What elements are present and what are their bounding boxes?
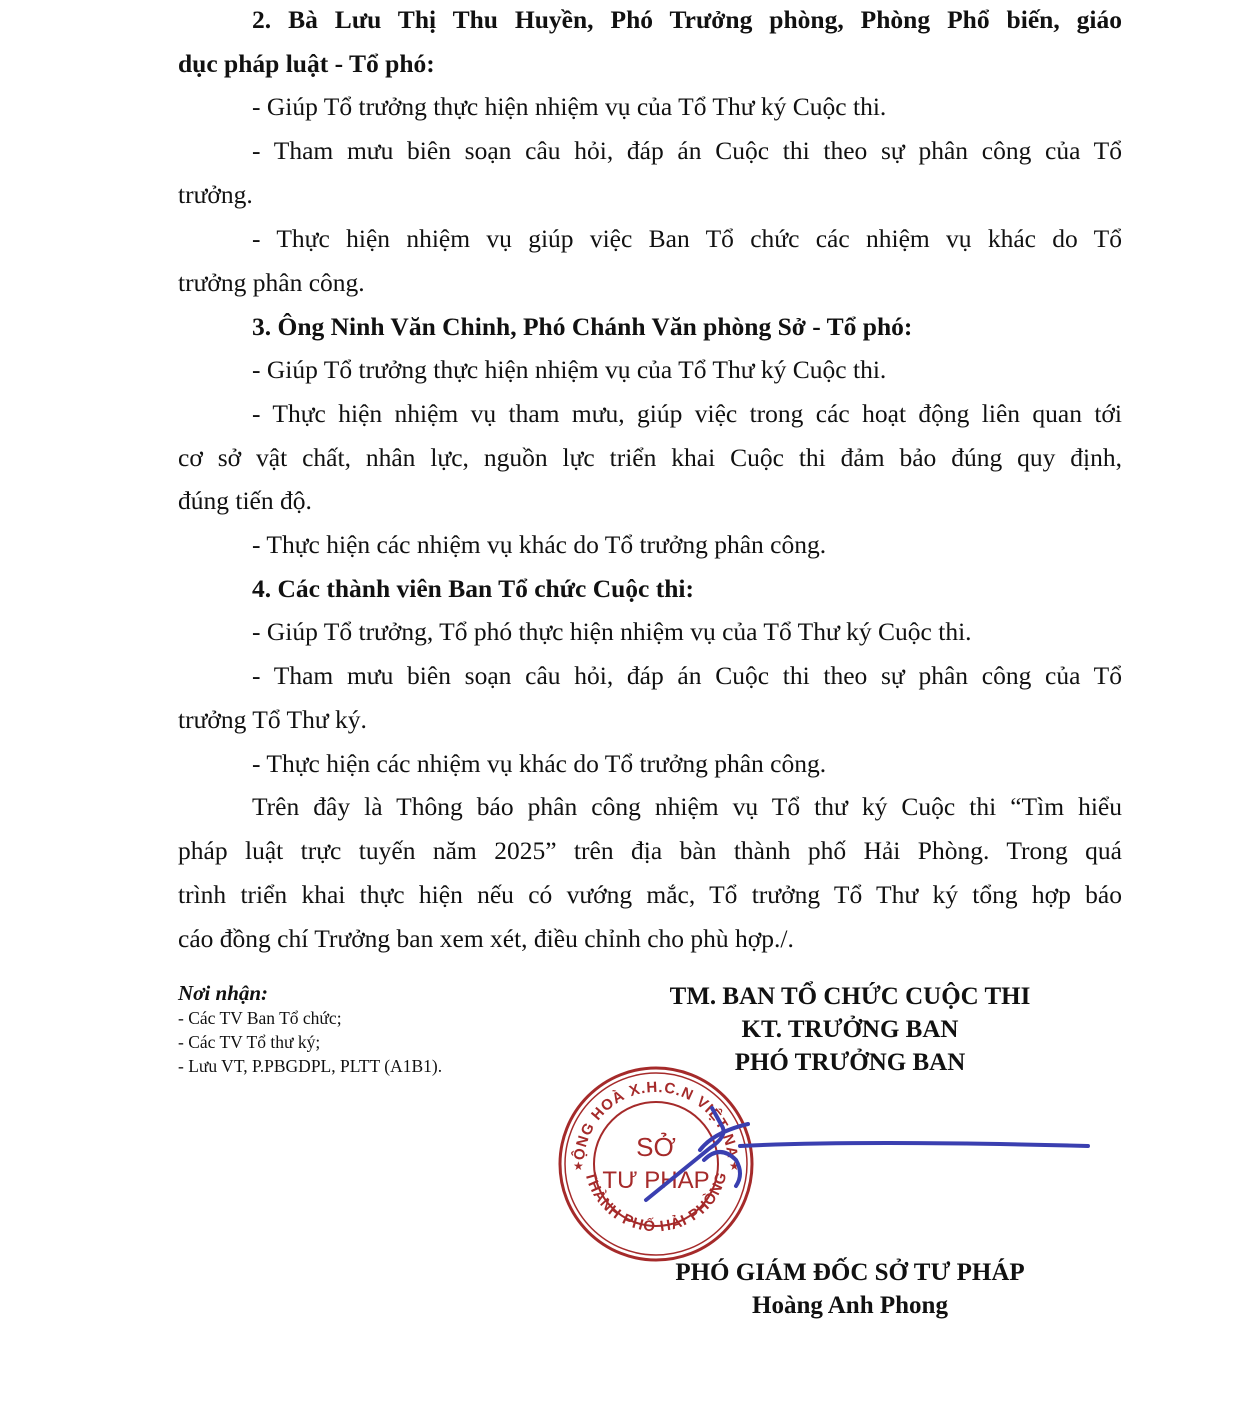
signatory-name: Hoàng Anh Phong [600,1289,1100,1322]
document-line: pháp luật trực tuyến năm 2025” trên địa … [178,836,1122,866]
document-line: - Thực hiện nhiệm vụ giúp việc Ban Tổ ch… [252,224,1122,254]
document-line: trưởng phân công. [178,268,1122,298]
document-line: trưởng Tổ Thư ký. [178,705,1122,735]
recipients-block: Nơi nhận: - Các TV Ban Tổ chức; - Các TV… [178,980,442,1078]
document-line: - Giúp Tổ trưởng thực hiện nhiệm vụ của … [252,92,1122,122]
document-line: - Thực hiện các nhiệm vụ khác do Tổ trưở… [252,749,1122,779]
document-line: - Thực hiện các nhiệm vụ khác do Tổ trưở… [252,530,1122,560]
document-line: 2. Bà Lưu Thị Thu Huyền, Phó Trưởng phòn… [252,5,1122,35]
document-line: cơ sở vật chất, nhân lực, nguồn lực triể… [178,443,1122,473]
recipient-item: - Lưu VT, P.PBGDPL, PLTT (A1B1). [178,1054,442,1078]
signatory-position: PHÓ GIÁM ĐỐC SỞ TƯ PHÁP [600,1256,1100,1289]
svg-text:★: ★ [573,1159,584,1173]
document-line: cáo đồng chí Trưởng ban xem xét, điều ch… [178,924,1122,954]
document-line: đúng tiến độ. [178,486,1122,516]
document-line: dục pháp luật - Tổ phó: [178,49,1122,79]
document-line: 3. Ông Ninh Văn Chinh, Phó Chánh Văn phò… [252,312,1122,342]
document-line: - Tham mưu biên soạn câu hỏi, đáp án Cuộ… [252,661,1122,691]
document-line: - Giúp Tổ trưởng thực hiện nhiệm vụ của … [252,355,1122,385]
document-line: - Tham mưu biên soạn câu hỏi, đáp án Cuộ… [252,136,1122,166]
document-line: trình triển khai thực hiện nếu có vướng … [178,880,1122,910]
recipient-item: - Các TV Tổ thư ký; [178,1030,442,1054]
recipient-item: - Các TV Ban Tổ chức; [178,1006,442,1030]
signature-header-line: KT. TRƯỞNG BAN [600,1013,1100,1046]
document-line: 4. Các thành viên Ban Tổ chức Cuộc thi: [252,574,1122,604]
recipients-title: Nơi nhận: [178,980,442,1006]
document-line: trưởng. [178,180,1122,210]
document-line: Trên đây là Thông báo phân công nhiệm vụ… [252,792,1122,822]
handwritten-signature-icon [640,1100,1100,1210]
document-line: - Giúp Tổ trưởng, Tổ phó thực hiện nhiệm… [252,617,1122,647]
signature-header-line: TM. BAN TỔ CHỨC CUỘC THI [600,980,1100,1013]
signatory-block: PHÓ GIÁM ĐỐC SỞ TƯ PHÁP Hoàng Anh Phong [600,1256,1100,1322]
document-line: - Thực hiện nhiệm vụ tham mưu, giúp việc… [252,399,1122,429]
